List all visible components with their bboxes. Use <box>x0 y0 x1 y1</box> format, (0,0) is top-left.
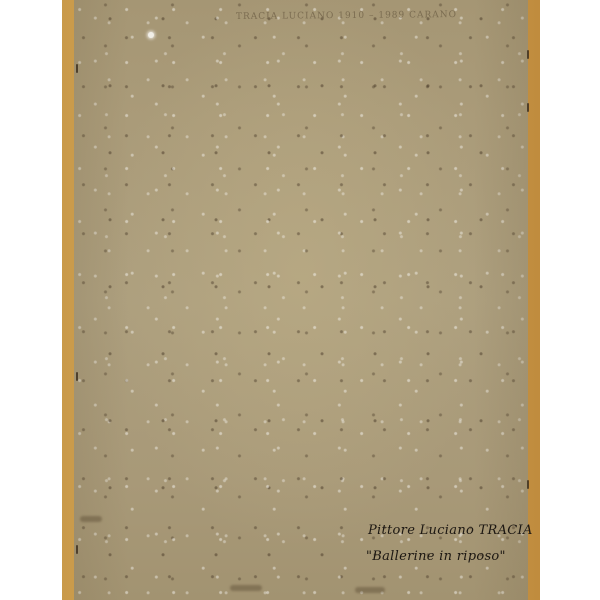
artwork-title-line: "Ballerine in riposo" <box>366 549 506 564</box>
photo-canvas: TRACIA LUCIANO 1910 – 1989 CARANO Pittor… <box>0 0 600 600</box>
nail-right-3 <box>527 480 529 489</box>
stain-mark <box>355 587 385 593</box>
nail-right-2 <box>527 103 529 112</box>
nail-left-2 <box>76 372 78 381</box>
stain-mark <box>80 516 102 522</box>
stain-mark <box>230 585 262 591</box>
pencil-inscription-top: TRACIA LUCIANO 1910 – 1989 CARANO <box>236 10 457 22</box>
nail-right-1 <box>527 50 529 59</box>
artist-signature-line: Pittore Luciano TRACIA <box>368 523 533 538</box>
nail-left-1 <box>76 64 78 73</box>
white-speck <box>148 32 154 38</box>
painting-back-board <box>74 0 528 600</box>
nail-left-3 <box>76 545 78 554</box>
